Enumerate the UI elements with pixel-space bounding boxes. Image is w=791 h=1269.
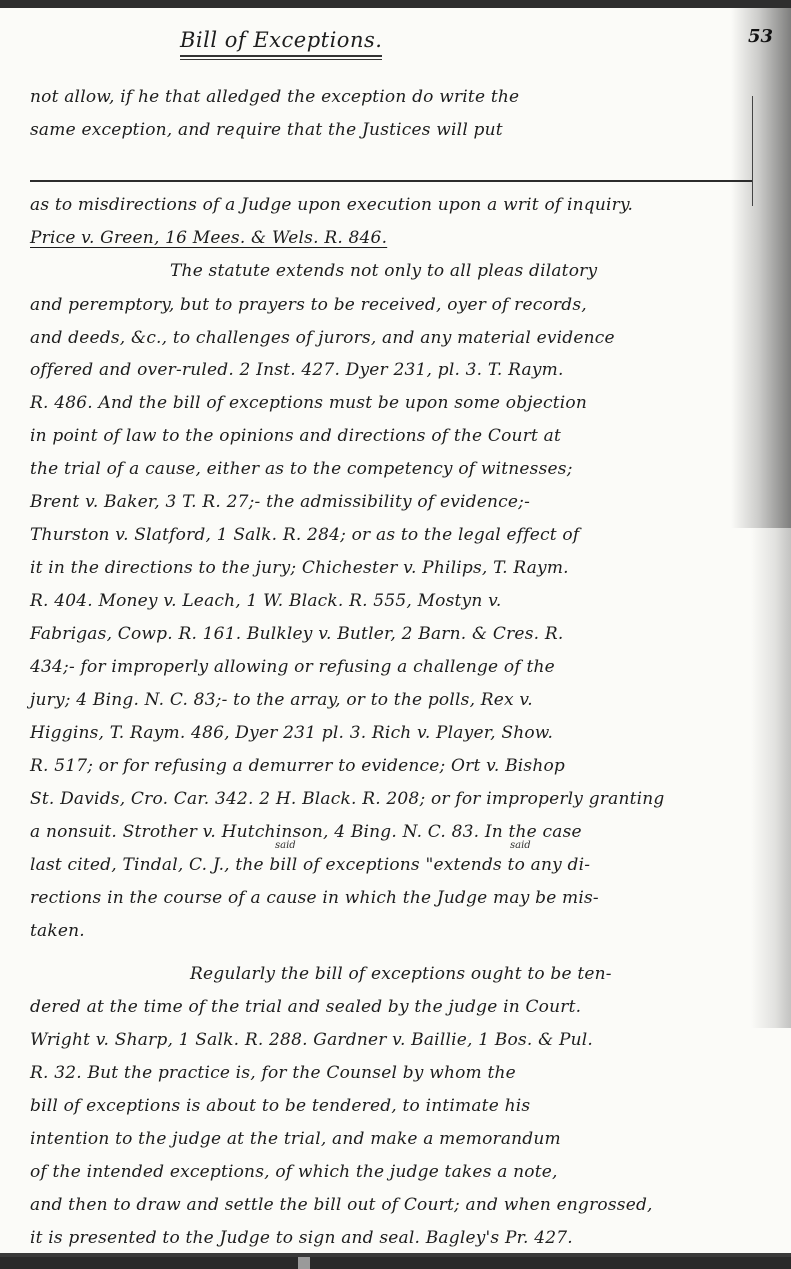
text-line: rections in the course of a cause in whi…	[30, 888, 599, 908]
text-line: it in the directions to the jury; Chiche…	[30, 558, 569, 578]
manuscript-page: Bill of Exceptions. 53 not allow, if he …	[0, 8, 791, 1253]
text-line: R. 404. Money v. Leach, 1 W. Black. R. 5…	[30, 591, 502, 611]
text-line: as to misdirections of a Judge upon exec…	[30, 195, 633, 215]
page-title: Bill of Exceptions.	[180, 28, 382, 57]
text-line: bill of exceptions is about to be tender…	[30, 1096, 530, 1116]
margin-rule	[752, 96, 753, 206]
text-line: in point of law to the opinions and dire…	[30, 426, 561, 446]
header-line: same exception, and require that the Jus…	[30, 120, 503, 140]
interlinear-insertion: said	[510, 840, 531, 851]
text-line: dered at the time of the trial and seale…	[30, 997, 581, 1017]
text-line: Fabrigas, Cowp. R. 161. Bulkley v. Butle…	[30, 624, 563, 644]
text-line: R. 32. But the practice is, for the Coun…	[30, 1063, 516, 1083]
text-line: Brent v. Baker, 3 T. R. 27;- the admissi…	[30, 492, 530, 512]
case-citation-line: Price v. Green, 16 Mees. & Wels. R. 846.	[30, 228, 387, 248]
section-separator	[30, 180, 752, 182]
text-line: and deeds, &c., to challenges of jurors,…	[30, 328, 615, 348]
text-line: taken.	[30, 921, 85, 941]
text-line: a nonsuit. Strother v. Hutchinson, 4 Bin…	[30, 822, 582, 842]
scan-shadow	[731, 8, 791, 528]
text-line: and peremptory, but to prayers to be rec…	[30, 295, 587, 315]
text-line: 434;- for improperly allowing or refusin…	[30, 657, 555, 677]
scan-bottom-edge	[0, 1257, 791, 1269]
paragraph-start: The statute extends not only to all plea…	[170, 261, 597, 281]
text-line: it is presented to the Judge to sign and…	[30, 1228, 573, 1248]
text-line: St. Davids, Cro. Car. 342. 2 H. Black. R…	[30, 789, 665, 809]
scan-gap	[298, 1257, 310, 1269]
text-line: Higgins, T. Raym. 486, Dyer 231 pl. 3. R…	[30, 723, 553, 743]
page-number: 53	[748, 26, 773, 47]
text-line: Thurston v. Slatford, 1 Salk. R. 284; or…	[30, 525, 579, 545]
text-line: the trial of a cause, either as to the c…	[30, 459, 573, 479]
text-line: Wright v. Sharp, 1 Salk. R. 288. Gardner…	[30, 1030, 593, 1050]
text-line: jury; 4 Bing. N. C. 83;- to the array, o…	[30, 690, 533, 710]
interlinear-insertion: said	[275, 840, 296, 851]
text-line: last cited, Tindal, C. J., the bill of e…	[30, 855, 590, 875]
header-line: not allow, if he that alledged the excep…	[30, 87, 519, 107]
text-line: intention to the judge at the trial, and…	[30, 1129, 561, 1149]
text-line: of the intended exceptions, of which the…	[30, 1162, 558, 1182]
paragraph-start: Regularly the bill of exceptions ought t…	[190, 964, 612, 984]
text-line: offered and over-ruled. 2 Inst. 427. Dye…	[30, 360, 564, 380]
text-line: and then to draw and settle the bill out…	[30, 1195, 653, 1215]
text-line: R. 517; or for refusing a demurrer to ev…	[30, 756, 565, 776]
text-line: R. 486. And the bill of exceptions must …	[30, 393, 587, 413]
scan-shadow-lower	[751, 528, 791, 1028]
